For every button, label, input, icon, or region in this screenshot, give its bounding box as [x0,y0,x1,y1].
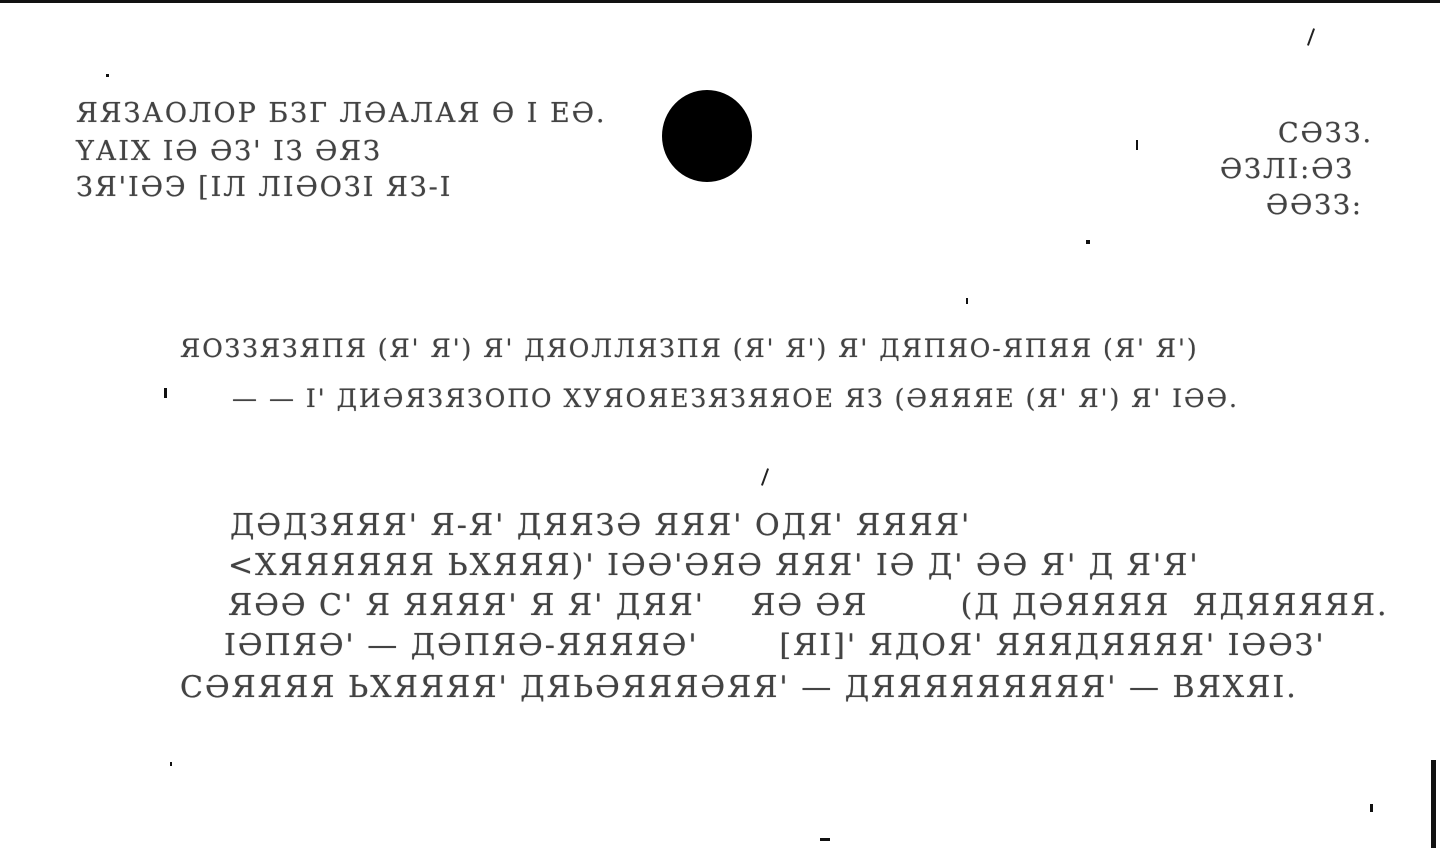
card-right-edge [1431,760,1436,848]
header-left-line-3: ЗЯ'ІӘЭ [ІЛ ЛІӘОЗІ ЯЗ-І [76,172,452,203]
scan-speck [106,74,109,77]
title-line-2: — — І' ДИӘЯЗЯЗОПО ХУЯОЯЕЗЯЗЯЯОЕ ЯЗ (ӘЯЯЯ… [232,384,1239,413]
scan-speck [170,762,172,766]
header-left-line-2: ҮАІХ ІӘ ӘЗ' ІЗ ӘЯЗ [76,136,382,167]
punch-hole [662,90,752,182]
catalog-card: ЯЯЗАОЛОР БЗГ ЛӘАЛАЯ Ө І ЕӘ. ҮАІХ ІӘ ӘЗ' … [0,0,1440,848]
scan-speck [820,838,830,841]
scan-speck [164,388,167,398]
scan-speck [1370,804,1373,812]
header-right-line-3: ӘӘЗЗ: [1266,190,1363,221]
body-line-3: ЯӘӘ С' Я ЯЯЯЯ' Я Я' ДЯЯ' ЯӘ ӘЯ (Д ДӘЯЯЯЯ… [228,588,1389,623]
body-line-4: ІӘПЯӘ' — ДӘПЯӘ-ЯЯЯЯӘ' [ЯІ]' ЯДОЯ' ЯЯЯДЯЯ… [224,628,1326,663]
body-line-5: СӘЯЯЯЯ ЬХЯЯЯЯ' ДЯЬӘЯЯЯӘЯЯ' — ДЯЯЯЯЯЯЯЯЯ'… [180,670,1298,705]
body-line-2: <ХЯЯЯЯЯЯ ЬХЯЯЯ)' ІӘӘ'ӘЯӘ ЯЯЯ' ІӘ Д' ӘӘ Я… [228,548,1200,583]
header-left-line-1: ЯЯЗАОЛОР БЗГ ЛӘАЛАЯ Ө І ЕӘ. [76,98,606,129]
scan-speck [1086,240,1090,244]
body-line-1: ДӘДЗЯЯЯ' Я-Я' ДЯЯЗӘ ЯЯЯ' ОДЯ' ЯЯЯЯ' [230,508,971,543]
scan-speck [966,298,968,304]
header-right-line-1: СӘЗЗ. [1278,118,1373,149]
title-line-1: ЯОЗЗЯЗЯПЯ (Я' Я') Я' ДЯОЛЛЯЗПЯ (Я' Я') Я… [180,334,1199,363]
scan-mark [1307,28,1315,46]
scan-mark [761,468,769,486]
scan-speck [1136,140,1138,150]
header-right-line-2: ӘЗЛІ:ӘЗ [1220,154,1354,185]
card-top-edge [0,0,1440,3]
